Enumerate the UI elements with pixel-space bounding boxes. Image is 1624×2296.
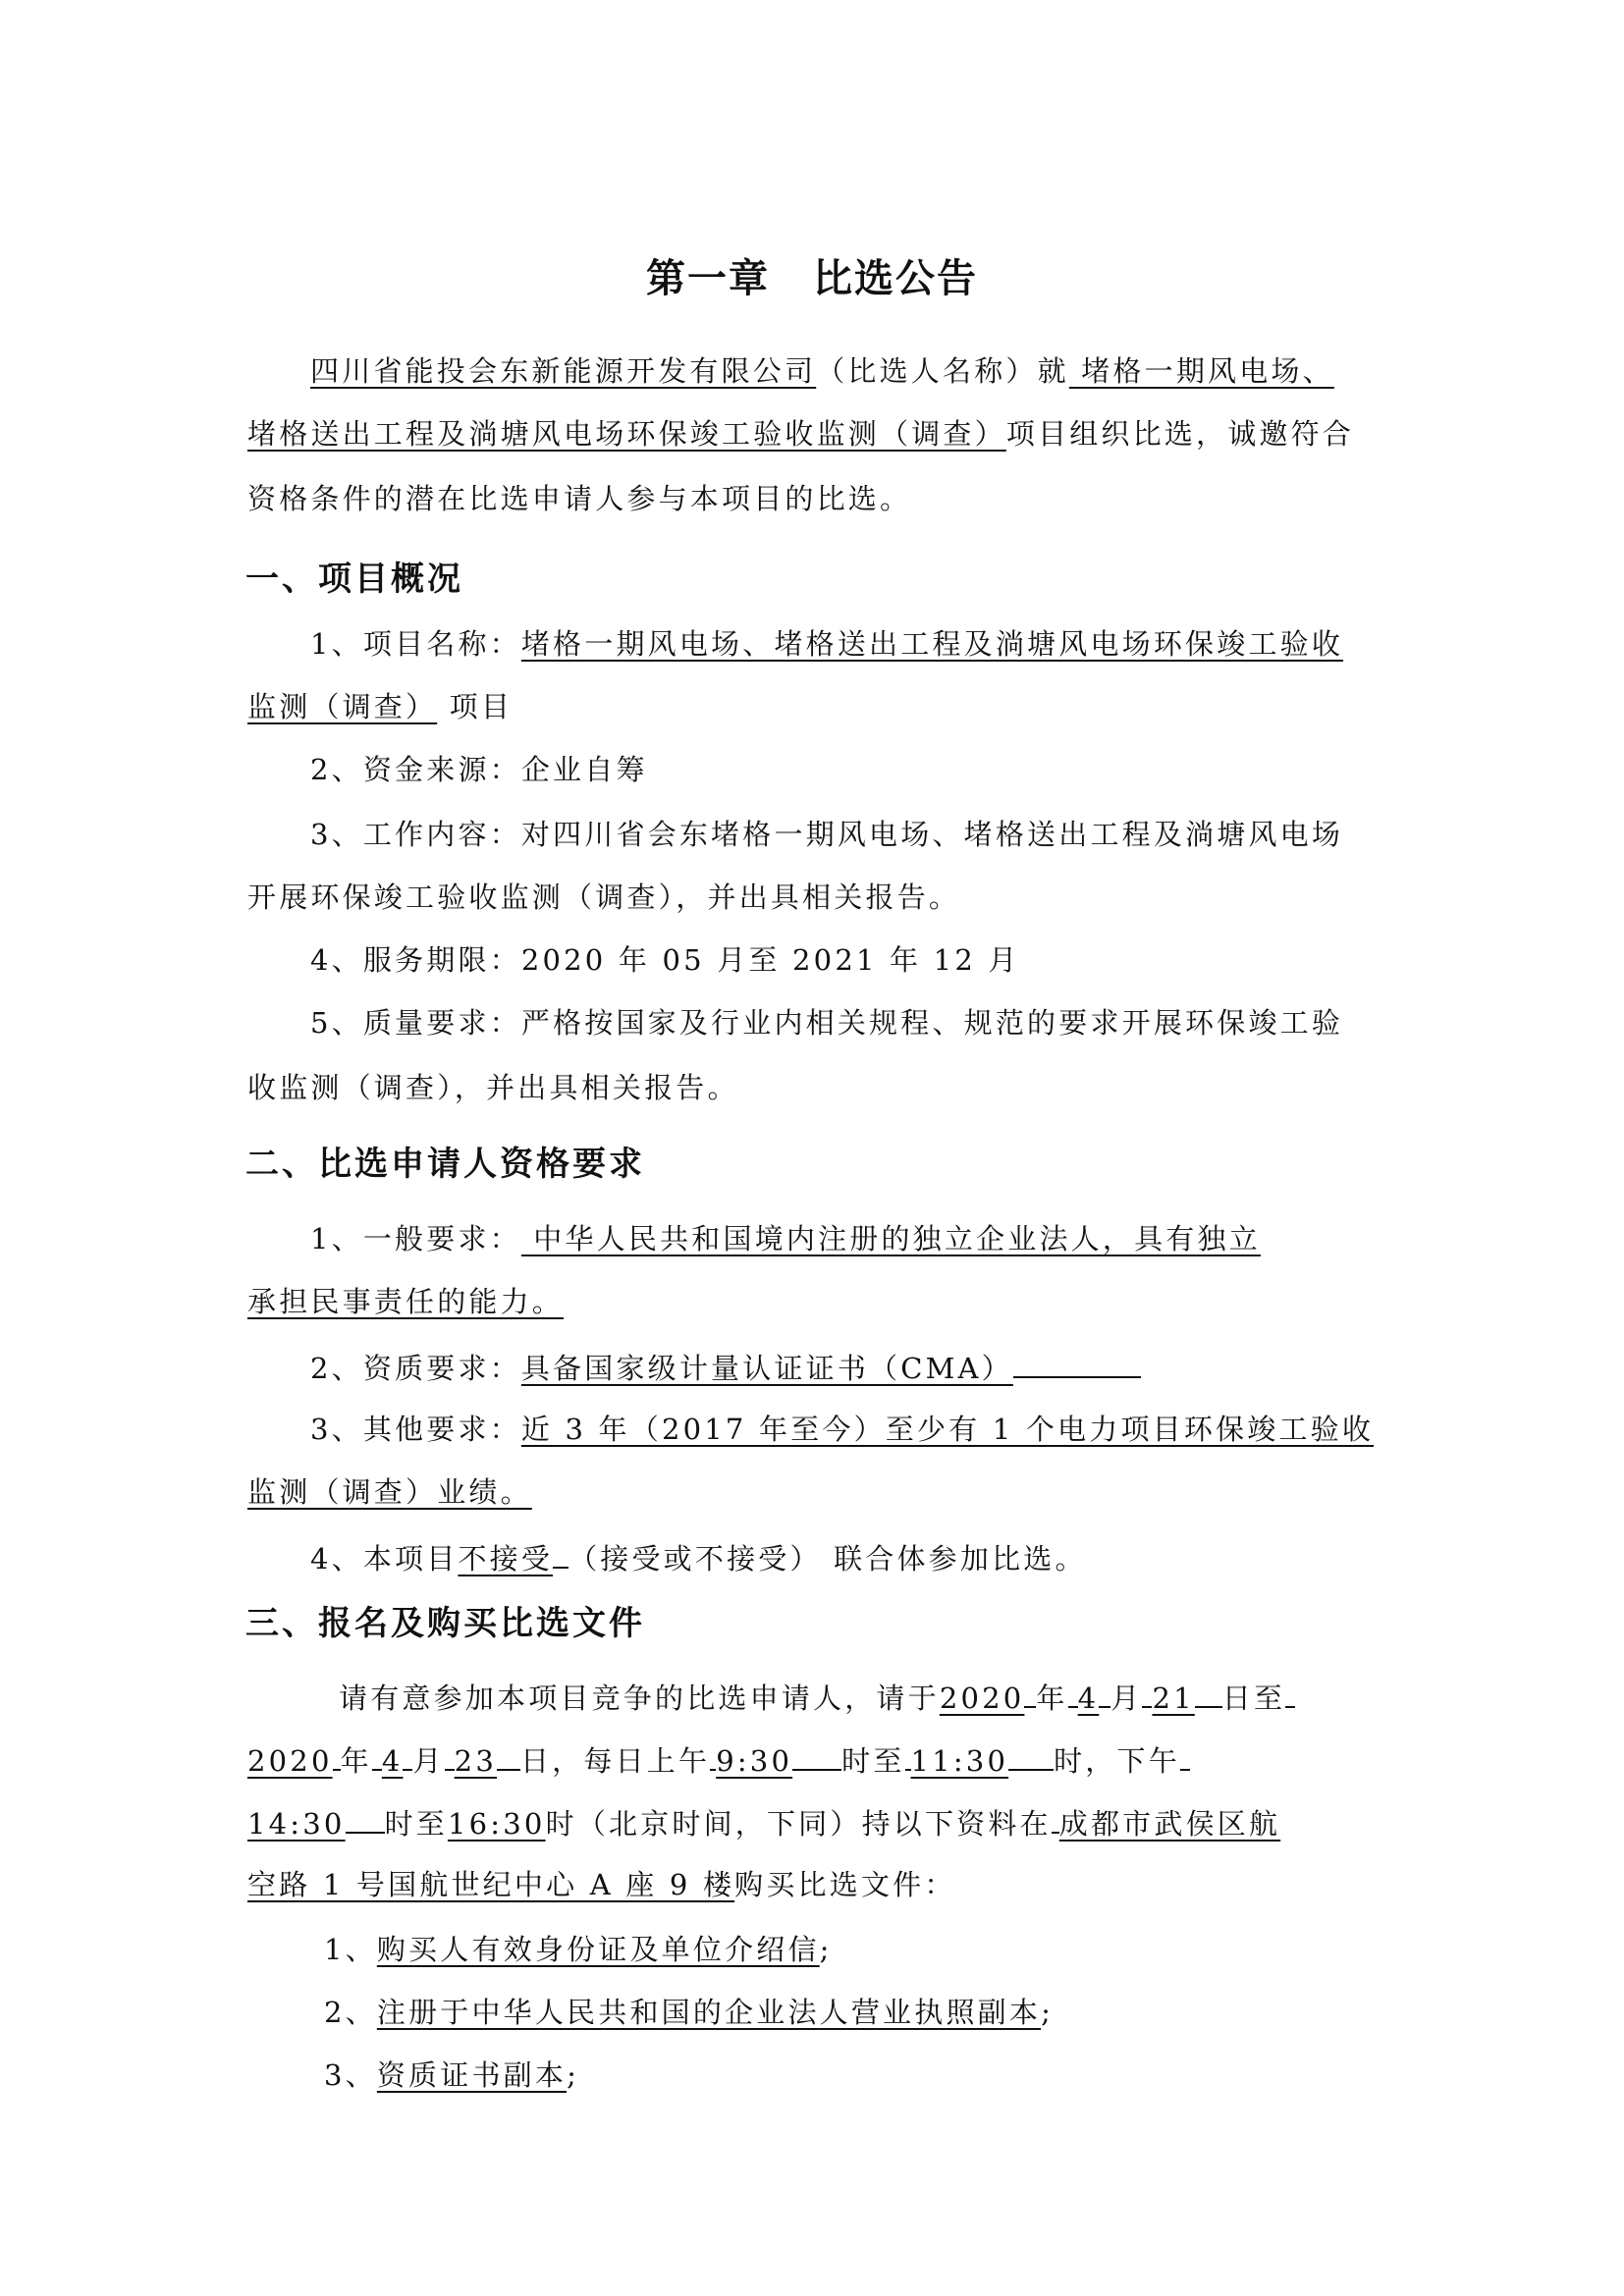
- s2-item-1: 1、一般要求： 中华人民共和国境内注册的独立企业法人，具有独立: [310, 1219, 1449, 1258]
- s3-para-line-3: 14:30时至16:30时（北京时间，下同）持以下资料在成都市武侯区航: [247, 1802, 1386, 1843]
- s2-item-4: 4、本项目不接受（接受或不接受） 联合体参加比选。: [310, 1537, 1449, 1578]
- s2-item-2: 2、资质要求：具备国家级计量认证证书（CMA）: [310, 1347, 1449, 1388]
- doc-item-1: 1、购买人有效身份证及单位介绍信;: [324, 1930, 1463, 1969]
- s1-item-5-cont: 收监测（调查），并出具相关报告。: [247, 1068, 1386, 1107]
- s1-item-4: 4、服务期限：2020 年 05 月至 2021 年 12 月: [310, 940, 1449, 980]
- company-name: 四川省能投会东新能源开发有限公司: [310, 354, 816, 388]
- chapter-title: 比选公告: [813, 256, 978, 301]
- section-heading-1: 一、项目概况: [245, 552, 463, 600]
- s3-para-line-4: 空路 1 号国航世纪中心 A 座 9 楼购买比选文件：: [247, 1865, 1386, 1904]
- s3-para-line-2: 2020年4月23日，每日上午9:30时至11:30时，下午: [247, 1739, 1386, 1781]
- page-title: 第一章比选公告: [0, 247, 1624, 303]
- project-name: 堵格一期风电场、: [1069, 354, 1334, 388]
- chapter-number: 第一章: [646, 256, 770, 301]
- intro-line-2: 堵格送出工程及淌塘风电场环保竣工验收监测（调查）项目组织比选，诚邀符合: [247, 414, 1386, 454]
- address: 成都市武侯区航: [1059, 1807, 1280, 1841]
- doc-item-2: 2、注册于中华人民共和国的企业法人营业执照副本;: [324, 1993, 1463, 2032]
- intro-line-3: 资格条件的潜在比选申请人参与本项目的比选。: [247, 479, 1386, 518]
- doc-item-3: 3、资质证书副本;: [324, 2056, 1463, 2095]
- document-page: 第一章比选公告 四川省能投会东新能源开发有限公司（比选人名称）就 堵格一期风电场…: [0, 0, 1624, 2296]
- s1-item-5: 5、质量要求：严格按国家及行业内相关规程、规范的要求开展环保竣工验: [310, 1003, 1449, 1042]
- s2-item-1-cont: 承担民事责任的能力。: [247, 1282, 1386, 1321]
- s1-item-1-cont: 监测（调查） 项目: [247, 687, 1386, 726]
- s1-item-1: 1、项目名称：堵格一期风电场、堵格送出工程及淌塘风电场环保竣工验收: [310, 624, 1449, 664]
- s1-item-3-cont: 开展环保竣工验收监测（调查），并出具相关报告。: [247, 878, 1386, 917]
- s1-item-3: 3、工作内容：对四川省会东堵格一期风电场、堵格送出工程及淌塘风电场: [310, 815, 1449, 854]
- section-heading-3: 三、报名及购买比选文件: [245, 1596, 645, 1644]
- section-heading-2: 二、比选申请人资格要求: [245, 1137, 645, 1185]
- intro-line-1: 四川省能投会东新能源开发有限公司（比选人名称）就 堵格一期风电场、: [310, 351, 1449, 391]
- s2-item-3-cont: 监测（调查）业绩。: [247, 1472, 1386, 1512]
- s1-item-2: 2、资金来源：企业自筹: [310, 750, 1449, 789]
- s2-item-3: 3、其他要求：近 3 年（2017 年至今）至少有 1 个电力项目环保竣工验收: [310, 1410, 1449, 1449]
- s3-para-line-1: 请有意参加本项目竞争的比选申请人，请于2020年4月21日至: [339, 1677, 1478, 1718]
